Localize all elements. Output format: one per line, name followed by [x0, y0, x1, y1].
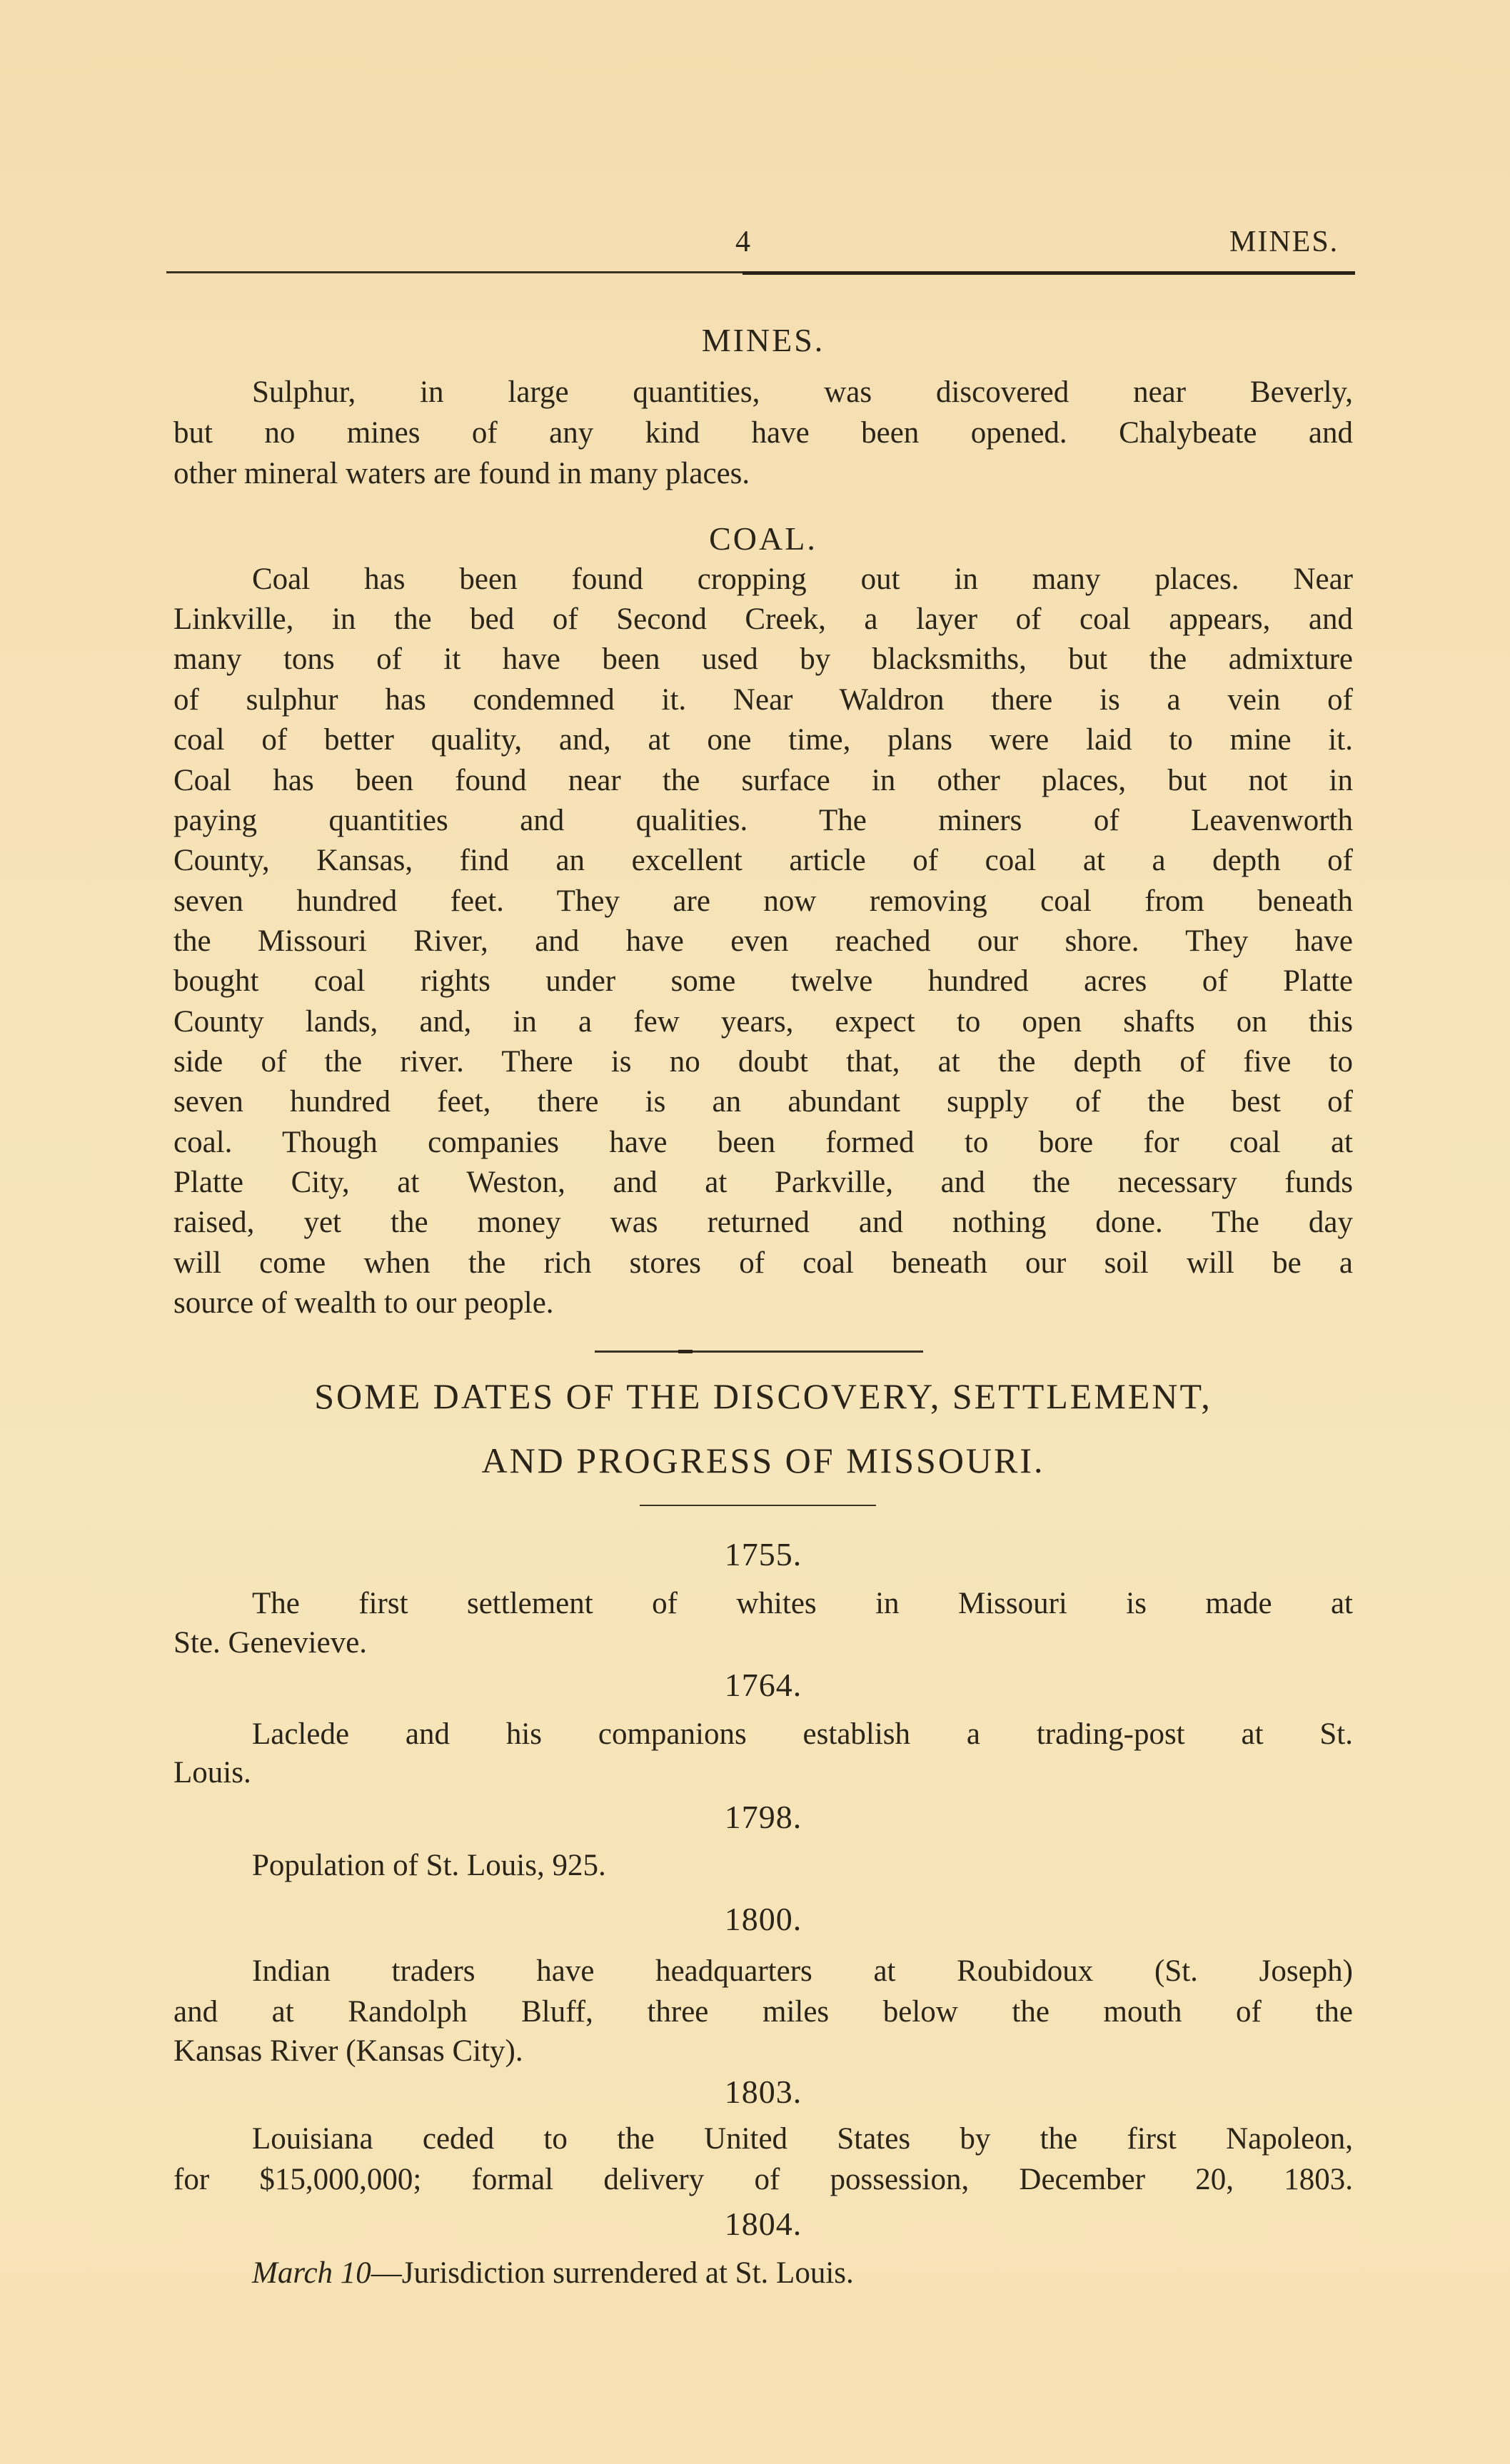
- paragraph-line: Coal has been found near the surface in …: [173, 761, 1353, 801]
- book-page: 4 MINES. MINES. Sulphur, in large quanti…: [0, 0, 1510, 2464]
- paragraph-line: raised, yet the money was returned and n…: [173, 1203, 1353, 1243]
- paragraph-line: source of wealth to our people.: [173, 1283, 1353, 1323]
- paragraph-line: the Missouri River, and have even reache…: [173, 922, 1353, 961]
- paragraph-line: Sulphur, in large quantities, was discov…: [252, 373, 1353, 413]
- paragraph-line: of sulphur has condemned it. Near Waldro…: [173, 680, 1353, 720]
- paragraph-line: bought coal rights under some twelve hun…: [173, 961, 1353, 1001]
- section-divider: [595, 1350, 923, 1353]
- entry-line: Population of St. Louis, 925.: [252, 1846, 1353, 1886]
- paragraph-line: seven hundred feet, there is an abundant…: [173, 1082, 1353, 1122]
- entry-line: Louisiana ceded to the United States by …: [252, 2119, 1353, 2159]
- running-title: MINES.: [1229, 227, 1339, 257]
- paragraph-line: side of the river. There is no doubt tha…: [173, 1042, 1353, 1082]
- paragraph-line: County, Kansas, find an excellent articl…: [173, 841, 1353, 881]
- paragraph-line: Coal has been found cropping out in many…: [252, 560, 1353, 600]
- paragraph-line: paying quantities and qualities. The min…: [173, 801, 1353, 841]
- entry-line: Kansas River (Kansas City).: [173, 2031, 1353, 2071]
- entry-line: Louis.: [173, 1753, 1353, 1793]
- entry-line: and at Randolph Bluff, three miles below…: [173, 1992, 1353, 2032]
- entry-line: March 10—Jurisdiction surrendered at St.…: [252, 2253, 1353, 2293]
- header-rule-bold: [743, 271, 1355, 275]
- section-heading-coal: COAL.: [173, 521, 1353, 557]
- paragraph-line: coal of better quality, and, at one time…: [173, 720, 1353, 760]
- heading-underline-rule: [640, 1505, 876, 1506]
- paragraph-line: will come when the rich stores of coal b…: [173, 1243, 1353, 1283]
- paragraph-line: County lands, and, in a few years, expec…: [173, 1002, 1353, 1042]
- year-heading: 1798.: [173, 1799, 1353, 1835]
- entry-date-prefix: March 10: [252, 2256, 371, 2290]
- entry-line: Laclede and his companions establish a t…: [252, 1715, 1353, 1754]
- paragraph-line: other mineral waters are found in many p…: [173, 454, 1353, 494]
- entry-line: for $15,000,000; formal delivery of poss…: [173, 2160, 1353, 2200]
- entry-line: Ste. Genevieve.: [173, 1623, 1353, 1663]
- paragraph-line: but no mines of any kind have been opene…: [173, 413, 1353, 453]
- section-heading-mines: MINES.: [173, 323, 1353, 358]
- paragraph-line: coal. Though companies have been formed …: [173, 1123, 1353, 1163]
- entry-line: Indian traders have headquarters at Roub…: [252, 1951, 1353, 1991]
- paragraph-line: many tons of it have been used by blacks…: [173, 640, 1353, 680]
- section-divider-ornament: [678, 1350, 693, 1353]
- paragraph-line: seven hundred feet. They are now removin…: [173, 882, 1353, 922]
- page-number: 4: [735, 227, 750, 257]
- year-heading: 1804.: [173, 2206, 1353, 2242]
- year-heading: 1800.: [173, 1902, 1353, 1937]
- paragraph-line: Linkville, in the bed of Second Creek, a…: [173, 600, 1353, 640]
- paragraph-line: Platte City, at Weston, and at Parkville…: [173, 1163, 1353, 1203]
- section-heading-dates-line-2: AND PROGRESS OF MISSOURI.: [173, 1440, 1353, 1480]
- section-heading-dates-line-1: SOME DATES OF THE DISCOVERY, SETTLEMENT,: [173, 1376, 1353, 1416]
- year-heading: 1803.: [173, 2074, 1353, 2110]
- year-heading: 1764.: [173, 1667, 1353, 1703]
- entry-line: The first settlement of whites in Missou…: [252, 1584, 1353, 1624]
- year-heading: 1755.: [173, 1537, 1353, 1572]
